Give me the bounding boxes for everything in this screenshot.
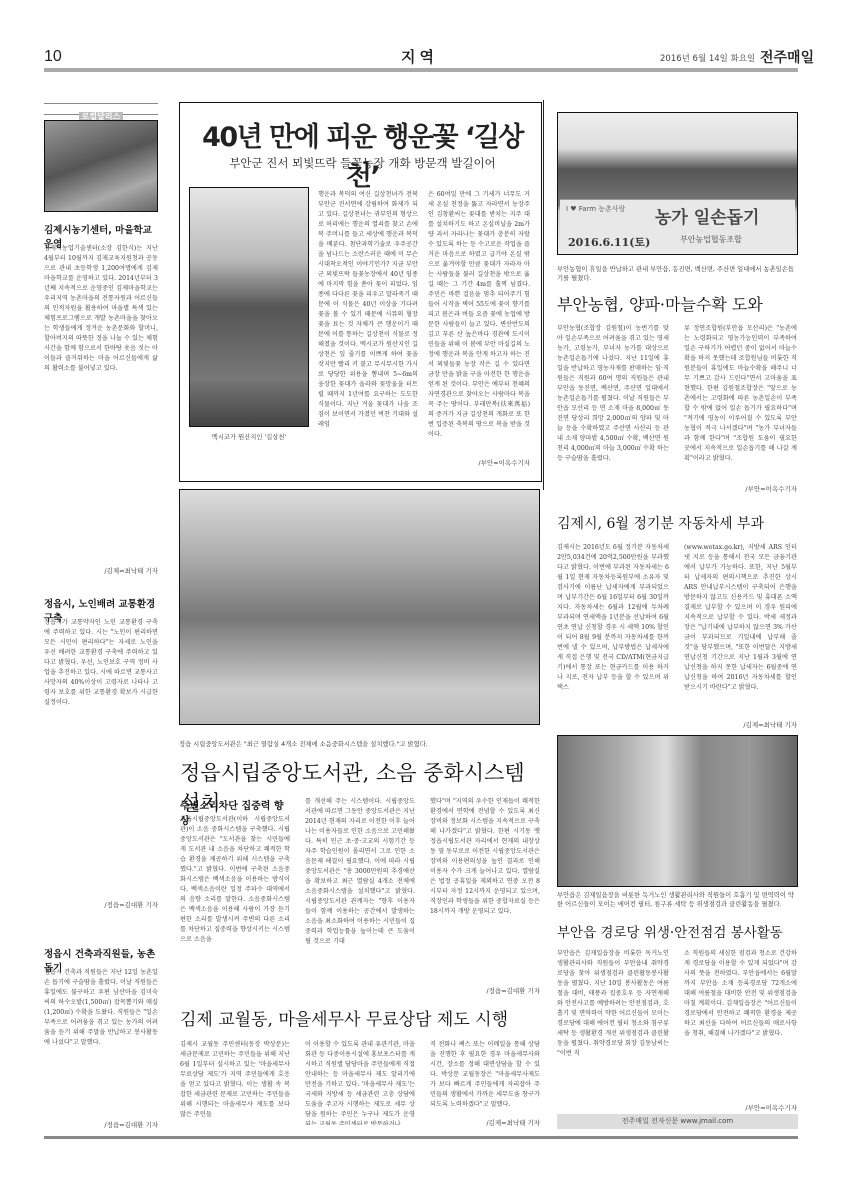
- jachase-col-2: (www.wetax.go.kr), 지방세 ARS 인터넷 지로 등을 통해서…: [684, 543, 797, 718]
- library-photo: [179, 489, 540, 725]
- gyowol-byline: /김제=최낙태 기자: [430, 1118, 540, 1127]
- section-title: 지역: [401, 46, 438, 67]
- sidebar-body-3: 정읍시 건축과 직원들은 지난 12일 농촌일손 돕기에 구슬땀을 흘렸다. 이…: [44, 968, 158, 1118]
- gyowol-col-3: 직 전화나 팩스 또는 이메일을 통해 상담을 진행한 후 필요한 경우 마을세…: [430, 1040, 540, 1115]
- gyeongrodang-headline: 부안읍 경로당 위생·안전점검 봉사활동: [557, 921, 797, 941]
- photo-banner: I ♥ Farm 농촌사랑 농가 일손돕기 2016.6.11(토) 부안농업협…: [560, 199, 795, 251]
- publication-name: 전주매일: [760, 47, 814, 67]
- library-photo-caption: 정읍 시립중앙도서관은 "최근 열람실 4개소 전체에 소음중화시스템을 설치했…: [179, 740, 540, 749]
- buan-nh-headline: 부안농협, 양파·마늘수확 도와: [557, 292, 797, 315]
- page-number: 10: [44, 48, 62, 66]
- banner-org: 부안농업협동조합: [680, 234, 742, 245]
- banner-slogan: I ♥ Farm 농촌사랑: [566, 204, 625, 214]
- jachase-col-1: 김제시는 2016년도 6월 정기분 자동차세 2만5,034건에 20억2,5…: [557, 543, 669, 728]
- feature-byline: /부안=이옥수기자: [428, 458, 530, 467]
- buan-nh-col-2: 류 정연조합원(부안읍 모산리)은 "농촌에는 노령화되고 영농가능인력이 부족…: [684, 324, 797, 479]
- gyeongrodang-col-2: 소 직원들의 세심한 점검과 청소로 건강하게 경로당을 이용할 수 있게 되었…: [684, 949, 797, 1101]
- jachase-headline: 김제시, 6월 정기분 자동차세 부과: [557, 513, 797, 533]
- sidebar-body-1: 김제시농업기술센터(소장 김한식)는 지난 4월부터 10월까지 김제교육지원청…: [44, 244, 158, 564]
- sidebar-byline-3: /정읍=김대환 기자: [44, 1120, 158, 1129]
- sidebar-byline-2: /정읍=김대환 기자: [44, 900, 158, 909]
- banner-title: 농가 일손돕기: [655, 203, 759, 228]
- library-col-2: 를 개선해 주는 시스템이다. 시립중앙도서관에 따르면 그동안 중앙도서관은 …: [305, 797, 415, 1000]
- library-col-1: 정읍시립중앙도서관(이하 시립중앙도서관)이 소음 중화시스템을 구축했다. 시…: [180, 815, 290, 1000]
- feature-photo-plant: [189, 187, 309, 427]
- gyeongrodang-col-1: 부안읍은 김재일읍장을 비롯한 독거노인 생활관리사와 직원들이 부안읍내 취약…: [557, 949, 669, 1109]
- feature-subheadline: 부안군 진서 뫼빛뜨락 들꽃농장 개화 방문객 발길이어: [190, 155, 535, 171]
- footer-divider: [44, 1136, 798, 1139]
- buan-nh-photo: I ♥ Farm 농촌사랑 농가 일손돕기 2016.6.11(토) 부안농업협…: [557, 112, 798, 255]
- header-divider: [44, 68, 798, 72]
- sidebar-byline-1: /김제=최낙태 기자: [44, 566, 158, 575]
- gyowol-col-2: 이 이용할 수 있도록 관내 유관기관, 마을회관 등 다중이용시설에 홍보포스…: [305, 1040, 415, 1125]
- buan-nh-col-1: 부안농협(조합장 김원철)이 농번기를 맞아 일손부족으로 어려움을 겪고 있는…: [557, 324, 669, 494]
- sidebar-body-2: 정읍시가 교통약자인 노인 교통환경 구축에 주력하고 있다. 시는 "노인이 …: [44, 618, 158, 898]
- feature-col-1: 행운과 복덕의 여신 길상천녀가 전북 부안군 진서면에 강림하여 화제가 되고…: [318, 190, 418, 470]
- column-rule: [543, 100, 544, 490]
- library-byline: /정읍=김대환 기자: [430, 986, 540, 995]
- jachase-byline: /김제=최낙태 기자: [684, 720, 797, 729]
- sidebar-photo-classroom: [44, 120, 158, 212]
- feature-headline: 40년 만에 피운 행운꽃 ‘길상천’: [190, 115, 535, 193]
- feature-photo-caption: 멕시코가 원산지인 '길상천': [189, 433, 309, 442]
- library-col-3: 했다"며 "지역의 우수한 인재들이 쾌적한 환경에서 면학에 전념할 수 있도…: [430, 797, 540, 983]
- issue-date: 2016년 6월 14일 화요일: [660, 52, 755, 64]
- gyeongrodang-byline: /부안=이옥수기자: [684, 1103, 797, 1112]
- buan-nh-photo-caption: 부안농협이 휴일을 반납하고 관내 부안읍, 동진면, 백산면, 주산면 일대에…: [557, 265, 797, 283]
- gyeongrodang-photo: [557, 735, 798, 887]
- banner-date: 2016.6.11(토): [568, 234, 650, 250]
- gyowol-headline: 김제 교월동, 마을세무사 무료상담 제도 시행: [180, 1005, 542, 1030]
- footer-banner: 전주매일 전자신문 www.jmail.com: [557, 1114, 798, 1129]
- gyowol-col-1: 김제시 교월동 주민센터(동장 박상문)는 세금문제로 고민하는 주민들을 위해…: [180, 1040, 290, 1125]
- buan-nh-byline: /부안=이옥수기자: [684, 484, 797, 493]
- corner-label: 로컬달리스: [44, 103, 158, 115]
- gyeongrodang-photo-caption: 부안읍은 김재일읍장을 비롯한 독거노인 생활관리사와 직원들이 호흡기 및 면…: [557, 891, 797, 909]
- feature-col-2: 은 60여일 만에 그 기세가 너무도 거세 온실 천정을 뚫고 자라면서 농장…: [428, 190, 530, 455]
